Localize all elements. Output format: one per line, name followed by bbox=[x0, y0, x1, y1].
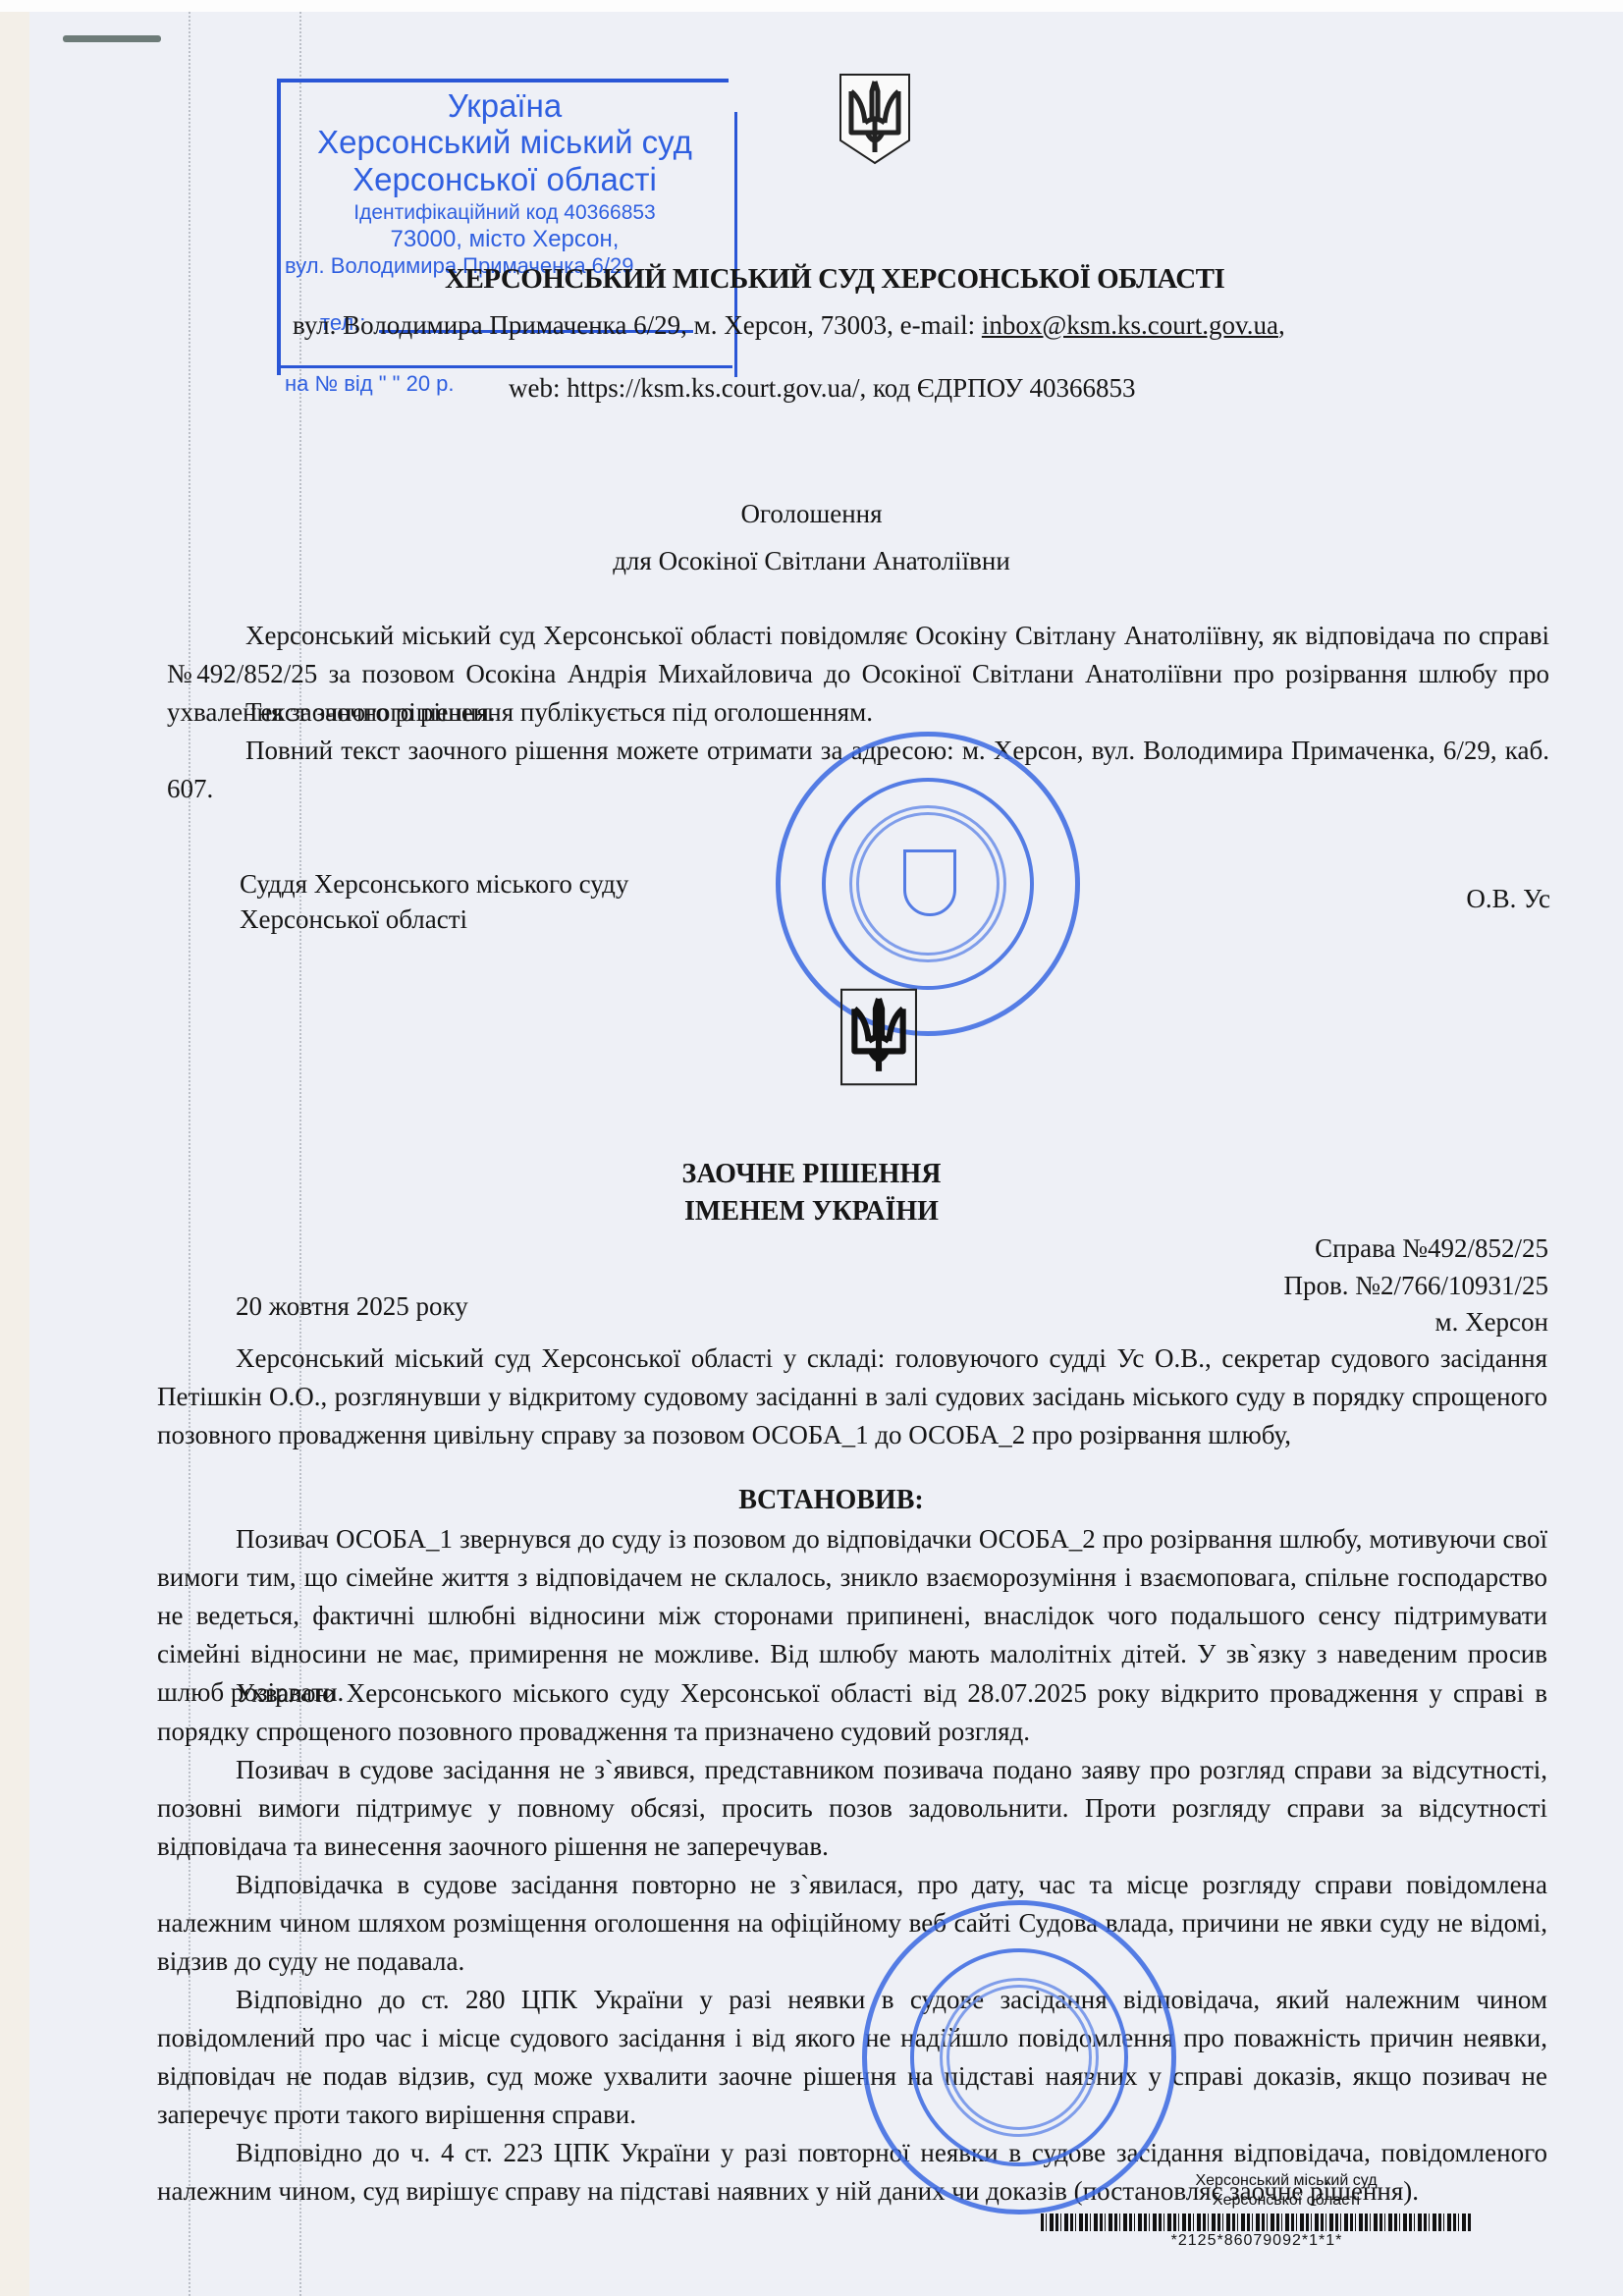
stamp-reg-line bbox=[281, 365, 732, 368]
established-heading: ВСТАНОВИВ: bbox=[20, 1485, 1623, 1516]
decision-title: ЗАОЧНЕ РІШЕННЯ bbox=[0, 1159, 1623, 1190]
stamp-court-line2: Херсонської області bbox=[281, 161, 729, 198]
judge-title-line1: Суддя Херсонського міського суду bbox=[240, 866, 628, 902]
trident-coat-of-arms-icon bbox=[840, 982, 917, 1092]
scan-edge bbox=[0, 12, 29, 2296]
email-link[interactable]: inbox@ksm.ks.court.gov.ua bbox=[982, 310, 1278, 340]
staple-mark bbox=[63, 35, 161, 42]
decision-paragraph: Ухвалою Херсонського міського суду Херсо… bbox=[157, 1674, 1547, 1751]
barcode-court-line1: Херсонський міський суд bbox=[1159, 2172, 1414, 2190]
court-seal bbox=[862, 1900, 1176, 2214]
decision-intro: Херсонський міський суд Херсонської обла… bbox=[157, 1339, 1547, 1454]
seal-trident-icon bbox=[903, 849, 956, 916]
judge-name: О.В. Ус bbox=[1466, 884, 1550, 914]
judge-title-line2: Херсонської області bbox=[240, 902, 628, 937]
decision-paragraph: Відповідачка в судове засідання повторно… bbox=[157, 1866, 1547, 1981]
address-suffix: , bbox=[1278, 310, 1285, 340]
announcement-title: Оголошення bbox=[0, 499, 1623, 529]
barcode-court-line2: Херсонської області bbox=[1159, 2192, 1414, 2210]
stamp-city: 73000, місто Херсон, bbox=[281, 226, 729, 253]
court-seal bbox=[776, 732, 1080, 1036]
stamp-id-code: Ідентифікаційний код 40366853 bbox=[281, 200, 729, 226]
stamp-ref-label: на № від " " 20 р. bbox=[285, 371, 455, 397]
barcode bbox=[1041, 2214, 1473, 2231]
case-number: Справа №492/852/25 bbox=[1315, 1233, 1548, 1264]
barcode-number: *2125*86079092*1*1* bbox=[1041, 2232, 1473, 2250]
address-text: вул. Володимира Примаченка 6/29, м. Херс… bbox=[293, 310, 982, 340]
announcement-paragraph: Текст заочного рішення публікується під … bbox=[167, 693, 1549, 732]
decision-date: 20 жовтня 2025 року bbox=[236, 1287, 468, 1326]
court-address: вул. Володимира Примаченка 6/29, м. Херс… bbox=[293, 310, 1285, 341]
stamp-country: Україна bbox=[281, 88, 729, 124]
decision-paragraph: Відповідно до ст. 280 ЦПК України у разі… bbox=[157, 1981, 1547, 2134]
court-title: ХЕРСОНСЬКИЙ МІСЬКИЙ СУД ХЕРСОНСЬКОЇ ОБЛА… bbox=[445, 263, 1224, 296]
proceeding-number: Пров. №2/766/10931/25 bbox=[1283, 1271, 1548, 1301]
trident-coat-of-arms-icon bbox=[838, 72, 912, 166]
judge-title: Суддя Херсонського міського суду Херсонс… bbox=[240, 866, 628, 937]
announcement-subtitle: для Осокіної Світлани Анатоліївни bbox=[0, 546, 1623, 576]
stamp-court-line1: Херсонський міський суд bbox=[281, 124, 729, 161]
court-web-line: web: https://ksm.ks.court.gov.ua/, код Є… bbox=[509, 373, 1136, 404]
decision-paragraph: Позивач в судове засідання не з`явився, … bbox=[157, 1751, 1547, 1866]
decision-city: м. Херсон bbox=[1434, 1307, 1548, 1338]
decision-subtitle: ІМЕНЕМ УКРАЇНИ bbox=[0, 1196, 1623, 1228]
